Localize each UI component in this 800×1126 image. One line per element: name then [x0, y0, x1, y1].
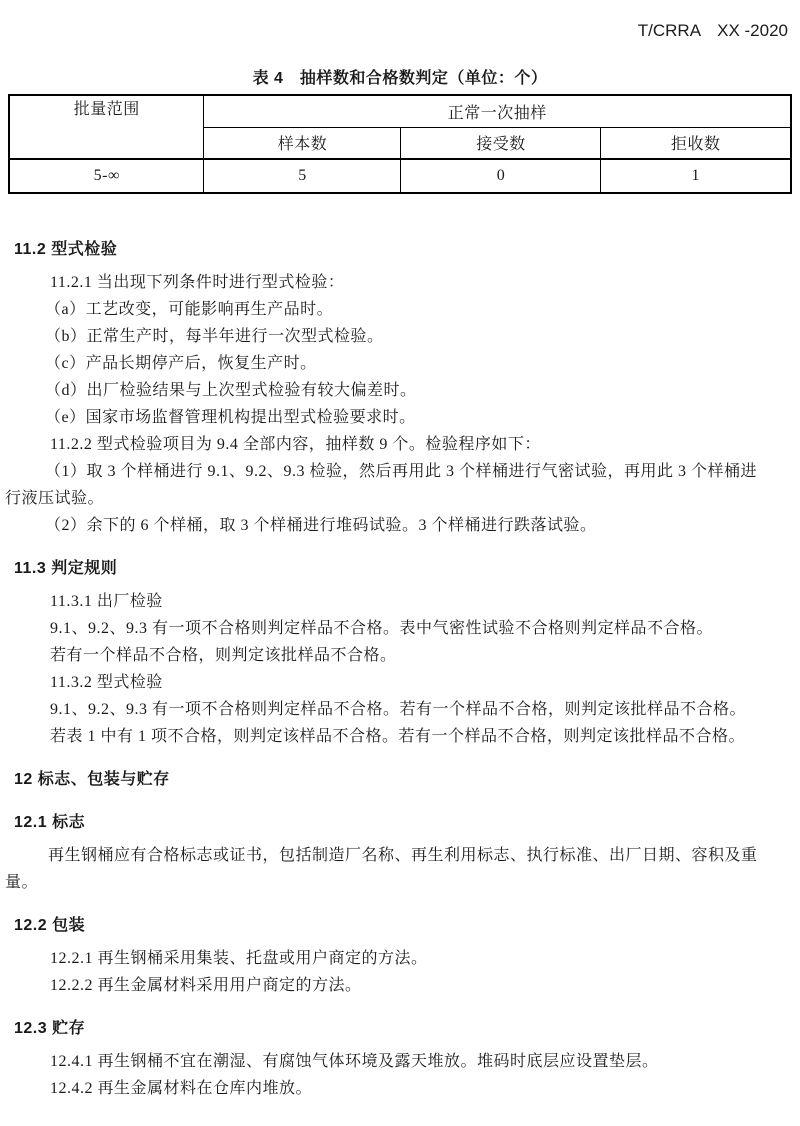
marking-para-line-2: 量。 [5, 869, 792, 896]
procedure-step-2: （2）余下的 6 个样桶，取 3 个样桶进行堆码试验。3 个样桶进行跌落试验。 [45, 512, 792, 539]
standard-number-header: T/CRRA XX -2020 [0, 0, 800, 41]
reject-count-header-cell: 拒收数 [601, 127, 791, 159]
condition-item-b: （b）正常生产时，每半年进行一次型式检验。 [45, 323, 792, 350]
procedure-step-1-line-1: （1）取 3 个样桶进行 9.1、9.2、9.3 检验，然后再用此 3 个样桶进… [45, 458, 792, 485]
clause-11-2-2: 11.2.2 型式检验项目为 9.4 全部内容，抽样数 9 个。检验程序如下： [50, 431, 792, 458]
heading-12-3: 12.3 贮存 [14, 1015, 792, 1042]
accept-count-header-cell: 接受数 [401, 127, 601, 159]
type-rule-line-2: 若表 1 中有 1 项不合格，则判定该样品不合格。若有一个样品不合格，则判定该批… [50, 723, 792, 750]
type-rule-line-1: 9.1、9.2、9.3 有一项不合格则判定样品不合格。若有一个样品不合格，则判定… [50, 696, 792, 723]
marking-para-line-1: 再生钢桶应有合格标志或证书，包括制造厂名称、再生利用标志、执行标准、出厂日期、容… [48, 842, 792, 869]
heading-12-2: 12.2 包装 [14, 912, 792, 939]
normal-single-sampling-header-cell: 正常一次抽样 [204, 95, 791, 127]
condition-item-d: （d）出厂检验结果与上次型式检验有较大偏差时。 [45, 377, 792, 404]
accept-count-value: 0 [401, 159, 601, 193]
factory-rule-line-2: 若有一个样品不合格，则判定该批样品不合格。 [50, 642, 792, 669]
procedure-step-1-line-2: 行液压试验。 [5, 485, 792, 512]
condition-item-a: （a）工艺改变，可能影响再生产品时。 [45, 296, 792, 323]
heading-11-3: 11.3 判定规则 [14, 555, 792, 582]
batch-range-header-cell: 批量范围 [9, 95, 204, 159]
sample-count-value: 5 [204, 159, 401, 193]
sample-count-header-cell: 样本数 [204, 127, 401, 159]
document-body: 11.2 型式检验 11.2.1 当出现下列条件时进行型式检验： （a）工艺改变… [0, 236, 800, 1102]
clause-11-3-2: 11.3.2 型式检验 [50, 669, 792, 696]
reject-count-value: 1 [601, 159, 791, 193]
condition-item-e: （e）国家市场监督管理机构提出型式检验要求时。 [45, 404, 792, 431]
clause-12-4-1: 12.4.1 再生钢桶不宜在潮湿、有腐蚀气体环境及露天堆放。堆码时底层应设置垫层… [50, 1048, 792, 1075]
clause-12-4-2: 12.4.2 再生金属材料在仓库内堆放。 [50, 1075, 792, 1102]
condition-item-c: （c）产品长期停产后，恢复生产时。 [45, 350, 792, 377]
heading-12: 12 标志、包装与贮存 [14, 766, 792, 793]
table-row: 5-∞ 5 0 1 [9, 159, 791, 193]
heading-12-1: 12.1 标志 [14, 809, 792, 836]
clause-12-2-2: 12.2.2 再生金属材料采用用户商定的方法。 [50, 972, 792, 999]
clause-11-2-1: 11.2.1 当出现下列条件时进行型式检验： [50, 269, 792, 296]
clause-11-3-1: 11.3.1 出厂检验 [50, 588, 792, 615]
table-caption: 表 4 抽样数和合格数判定（单位：个） [0, 65, 800, 88]
sampling-judgment-table: 批量范围 正常一次抽样 样本数 接受数 拒收数 5-∞ 5 0 1 [8, 94, 792, 194]
batch-range-value: 5-∞ [9, 159, 204, 193]
clause-12-2-1: 12.2.1 再生钢桶采用集装、托盘或用户商定的方法。 [50, 945, 792, 972]
factory-rule-line-1: 9.1、9.2、9.3 有一项不合格则判定样品不合格。表中气密性试验不合格则判定… [50, 615, 792, 642]
heading-11-2: 11.2 型式检验 [14, 236, 792, 263]
